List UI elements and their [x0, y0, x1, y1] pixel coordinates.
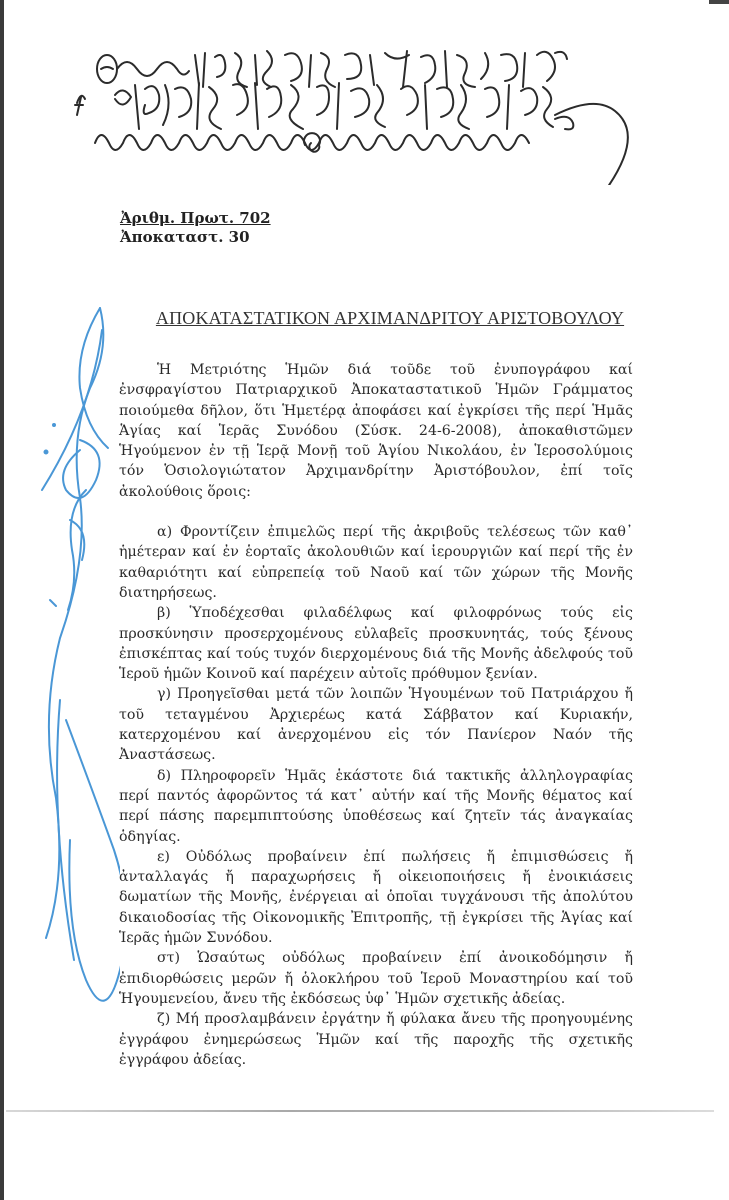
term-stigma: στ) Ὡσαύτως οὐδόλως προβαίνειν ἐπί ἀνοικ… — [119, 948, 633, 1009]
term-gamma: γ) Προηγεῖσθαι μετά τῶν λοιπῶν Ἡγουμένων… — [119, 684, 633, 765]
term-beta: β) Ὑποδέχεσθαι φιλαδέλφως καί φιλοφρόνως… — [119, 603, 633, 684]
term-epsilon: ε) Οὐδόλως προβαίνειν ἐπί πωλήσεις ἤ ἐπι… — [119, 847, 633, 948]
document-title: ΑΠΟΚΑΤΑΣΤΑΤΙΚΟΝ ΑΡΧΙΜΑΝΔΡΙΤΟΥ ΑΡΙΣΤΟΒΟΥΛ… — [150, 308, 630, 329]
document-body: Ἡ Μετριότης Ἡμῶν διά τοῦδε τοῦ ἐνυπογράφ… — [119, 360, 633, 1070]
term-alpha: α) Φροντίζειν ἐπιμελῶς περί τῆς ἀκριβοῦς… — [119, 522, 633, 603]
term-delta: δ) Πληροφορεῖν Ἡμᾶς ἑκάστοτε διά τακτικῆ… — [119, 766, 633, 847]
scan-border-left — [0, 0, 4, 1200]
restoration-number: Ἀποκαταστ. 30 — [120, 228, 271, 247]
protocol-number: Ἀριθμ. Πρωτ. 702 — [120, 209, 271, 228]
patriarch-signature — [55, 45, 655, 185]
term-zeta: ζ) Μή προσλαμβάνειν ἐργάτην ἤ φύλακα ἄνε… — [119, 1009, 633, 1070]
blue-ink-signature — [30, 300, 120, 1040]
scan-border-top-right — [709, 0, 729, 4]
protocol-reference: Ἀριθμ. Πρωτ. 702 Ἀποκαταστ. 30 — [120, 209, 271, 247]
intro-paragraph: Ἡ Μετριότης Ἡμῶν διά τοῦδε τοῦ ἐνυπογράφ… — [119, 360, 633, 502]
page-fold-line — [6, 1110, 714, 1112]
